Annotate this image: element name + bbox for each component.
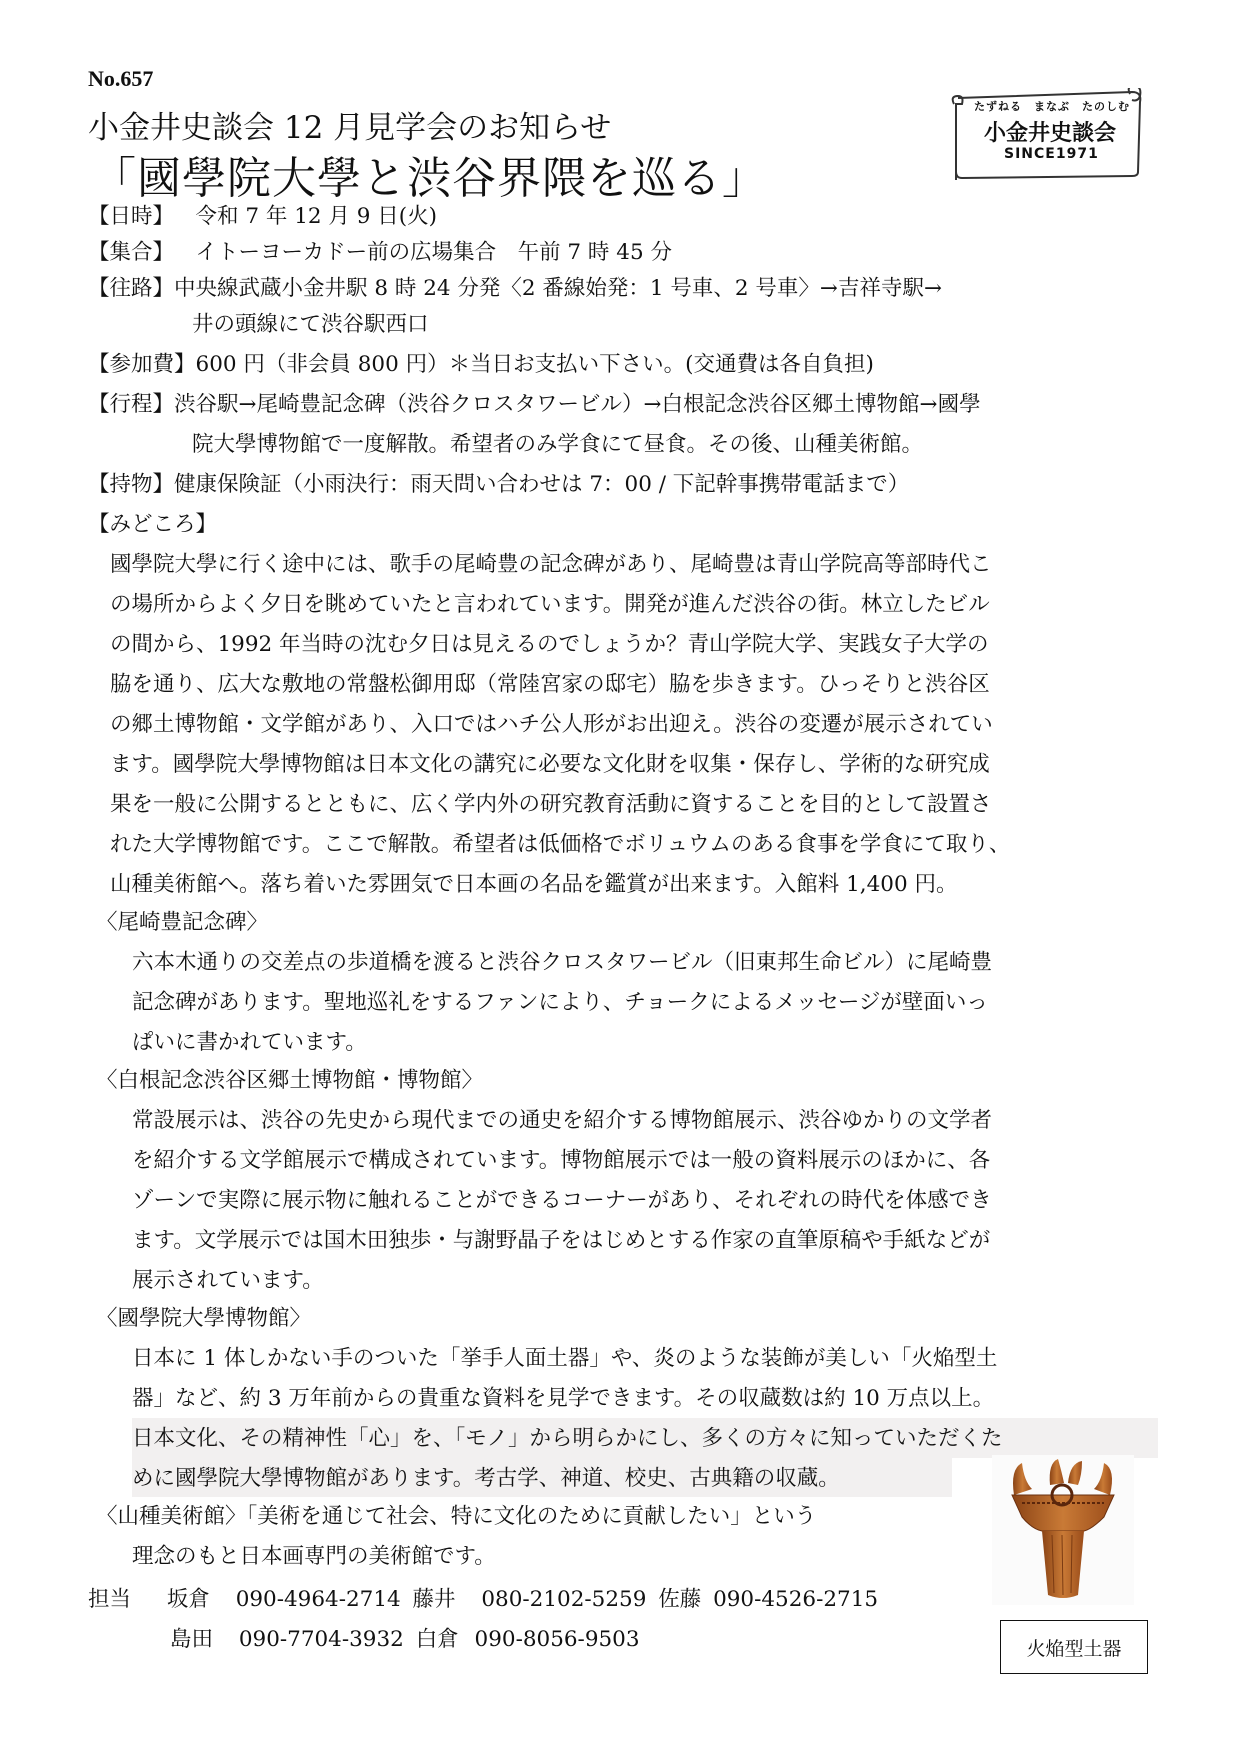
section-line: 日本に 1 体しかない手のついた「挙手人面土器」や、炎のような装飾が美しい「火焔… bbox=[132, 1342, 997, 1375]
detail-belongings: 【持物】健康保険証（小雨決行：雨天問い合わせは 7：00 / 下記幹事携帯電話ま… bbox=[88, 468, 909, 501]
section-line: 理念のもと日本画専門の美術館です。 bbox=[132, 1540, 496, 1573]
logo-since: SINCE1971 bbox=[1004, 146, 1099, 162]
contact-name: 藤井 bbox=[413, 1582, 475, 1613]
contact-phone: 090-8056-9503 bbox=[475, 1627, 640, 1652]
highlights-line: 脇を通り、広大な敷地の常盤松御用邸（常陸宮家の邸宅）脇を歩きます。ひっそりと渋谷… bbox=[110, 668, 990, 701]
section-line: 六本木通りの交差点の歩道橋を渡ると渋谷クロスタワービル（旧東邦生命ビル）に尾崎豊 bbox=[132, 946, 992, 979]
section-line: 日本文化、その精神性「心」を、「モノ」から明らかにし、多くの方々に知っていただく… bbox=[132, 1422, 1003, 1455]
detail-itinerary-cont: 院大學博物館で一度解散。希望者のみ学食にて昼食。その後、山種美術館。 bbox=[192, 428, 923, 461]
detail-fee: 【参加費】600 円（非会員 800 円）＊当日お支払い下さい。(交通費は各自負… bbox=[88, 348, 874, 381]
highlights-line: ます。國學院大學博物館は日本文化の講究に必要な文化財を収集・保存し、学術的な研究… bbox=[110, 748, 990, 781]
section-heading-yamatane: 〈山種美術館〉「美術を通じて社会、特に文化のために貢献したい」という bbox=[96, 1500, 816, 1533]
contact-phone: 090-7704-3932 bbox=[239, 1627, 409, 1652]
detail-itinerary: 【行程】渋谷駅→尾崎豊記念碑（渋谷クロスタワービル）→白根記念渋谷区郷土博物館→… bbox=[88, 388, 981, 421]
section-line: を紹介する文学館展示で構成されています。博物館展示では一般の資料展示のほかに、各 bbox=[132, 1144, 990, 1177]
contacts-row-1: 担当 坂倉 090-4964-2714 藤井 080-2102-5259 佐藤 … bbox=[88, 1582, 878, 1613]
section-line: 展示されています。 bbox=[132, 1264, 324, 1297]
detail-value: イトーヨーカドー前の広場集合 午前 7 時 45 分 bbox=[174, 240, 672, 265]
flame-pottery-icon bbox=[992, 1455, 1134, 1605]
detail-outbound-cont: 井の頭線にて渋谷駅西口 bbox=[192, 308, 429, 341]
contacts-row-2: 島田 090-7704-3932 白倉 090-8056-9503 bbox=[170, 1622, 640, 1653]
detail-label: 【往路】 bbox=[88, 272, 174, 305]
section-line: 記念碑があります。聖地巡礼をするファンにより、チョークによるメッセージが壁面いっ bbox=[132, 986, 988, 1019]
highlights-line: の間から、1992 年当時の沈む夕日は見えるのでしょうか？青山学院大学、実践女子… bbox=[110, 628, 989, 661]
society-logo: たずねる まなぶ たのしむ 小金井史談会 SINCE1971 bbox=[944, 88, 1144, 176]
contact-phone: 080-2102-5259 bbox=[481, 1587, 651, 1612]
logo-tagline: たずねる まなぶ たのしむ bbox=[974, 98, 1130, 114]
detail-value: 600 円（非会員 800 円）＊当日お支払い下さい。(交通費は各自負担) bbox=[196, 352, 874, 377]
highlights-line: の郷土博物館・文学館があり、入口ではハチ公人形がお出迎え。渋谷の変遷が展示されて… bbox=[110, 708, 993, 741]
detail-label: 【持物】 bbox=[88, 468, 174, 501]
issue-number: No.657 bbox=[88, 66, 153, 92]
detail-value: 中央線武蔵小金井駅 8 時 24 分発〈2 番線始発：1 号車、2 号車〉→吉祥… bbox=[174, 276, 942, 301]
highlights-line: 山種美術館へ。落ち着いた雰囲気で日本画の名品を鑑賞が出来ます。入館料 1,400… bbox=[110, 868, 958, 901]
contact-name: 白倉 bbox=[416, 1622, 468, 1653]
detail-label: 【行程】 bbox=[88, 388, 174, 421]
highlights-line: 國學院大學に行く途中には、歌手の尾崎豊の記念碑があり、尾崎豊は青山学院高等部時代… bbox=[110, 548, 992, 581]
highlights-line: の場所からよく夕日を眺めていたと言われています。開発が進んだ渋谷の街。林立したビ… bbox=[110, 588, 990, 621]
detail-meeting: 【集合】 イトーヨーカドー前の広場集合 午前 7 時 45 分 bbox=[88, 236, 672, 269]
contact-name: 坂倉 bbox=[167, 1582, 229, 1613]
logo-name: 小金井史談会 bbox=[984, 116, 1116, 147]
detail-value: 渋谷駅→尾崎豊記念碑（渋谷クロスタワービル）→白根記念渋谷区郷土博物館→國學 bbox=[174, 392, 981, 417]
detail-outbound: 【往路】中央線武蔵小金井駅 8 時 24 分発〈2 番線始発：1 号車、2 号車… bbox=[88, 272, 942, 305]
section-line: 器」など、約 3 万年前からの貴重な資料を見学できます。その収蔵数は約 10 万… bbox=[132, 1382, 994, 1415]
detail-value: 令和 7 年 12 月 9 日(火) bbox=[174, 204, 437, 229]
section-line: ます。文学展示では国木田独歩・与謝野晶子をはじめとする作家の直筆原稿や手紙などが bbox=[132, 1224, 990, 1257]
section-line: ぱいに書かれています。 bbox=[132, 1026, 367, 1059]
flame-pottery-photo bbox=[992, 1455, 1134, 1605]
section-line: めに國學院大學博物館があります。考古学、神道、校史、古典籍の収蔵。 bbox=[132, 1462, 840, 1495]
section-line: ゾーンで実際に展示物に触れることができるコーナーがあり、それぞれの時代を体感でき bbox=[132, 1184, 992, 1217]
contacts-label: 担当 bbox=[88, 1582, 160, 1613]
contact-name: 島田 bbox=[170, 1622, 232, 1653]
section-heading-ozaki: 〈尾崎豊記念碑〉 bbox=[96, 906, 268, 939]
detail-value: 健康保険証（小雨決行：雨天問い合わせは 7：00 / 下記幹事携帯電話まで） bbox=[174, 472, 909, 497]
detail-label: 【日時】 bbox=[88, 200, 174, 233]
highlights-line: れた大学博物館です。ここで解散。希望者は低価格でボリュウムのある食事を学食にて取… bbox=[110, 828, 1010, 861]
section-heading-shirane: 〈白根記念渋谷区郷土博物館・博物館〉 bbox=[96, 1064, 483, 1097]
photo-caption: 火焔型土器 bbox=[1000, 1620, 1148, 1674]
contact-phone: 090-4526-2715 bbox=[713, 1587, 878, 1612]
highlights-line: 果を一般に公開するとともに、広く学内外の研究教育活動に資することを目的として設置… bbox=[110, 788, 992, 821]
notice-subtitle: 小金井史談会 12 月見学会のお知らせ bbox=[88, 102, 611, 147]
detail-date: 【日時】 令和 7 年 12 月 9 日(火) bbox=[88, 200, 437, 233]
contact-phone: 090-4964-2714 bbox=[236, 1587, 406, 1612]
contact-name: 佐藤 bbox=[658, 1582, 706, 1613]
detail-label: 【集合】 bbox=[88, 236, 174, 269]
section-heading-kokugakuin: 〈國學院大學博物館〉 bbox=[96, 1302, 311, 1335]
page-title: 「國學院大學と渋谷界隈を巡る」 bbox=[92, 142, 767, 206]
section-line: 常設展示は、渋谷の先史から現代までの通史を紹介する博物館展示、渋谷ゆかりの文学者 bbox=[132, 1104, 992, 1137]
highlights-heading: 【みどころ】 bbox=[88, 508, 217, 541]
detail-label: 【参加費】 bbox=[88, 348, 196, 381]
